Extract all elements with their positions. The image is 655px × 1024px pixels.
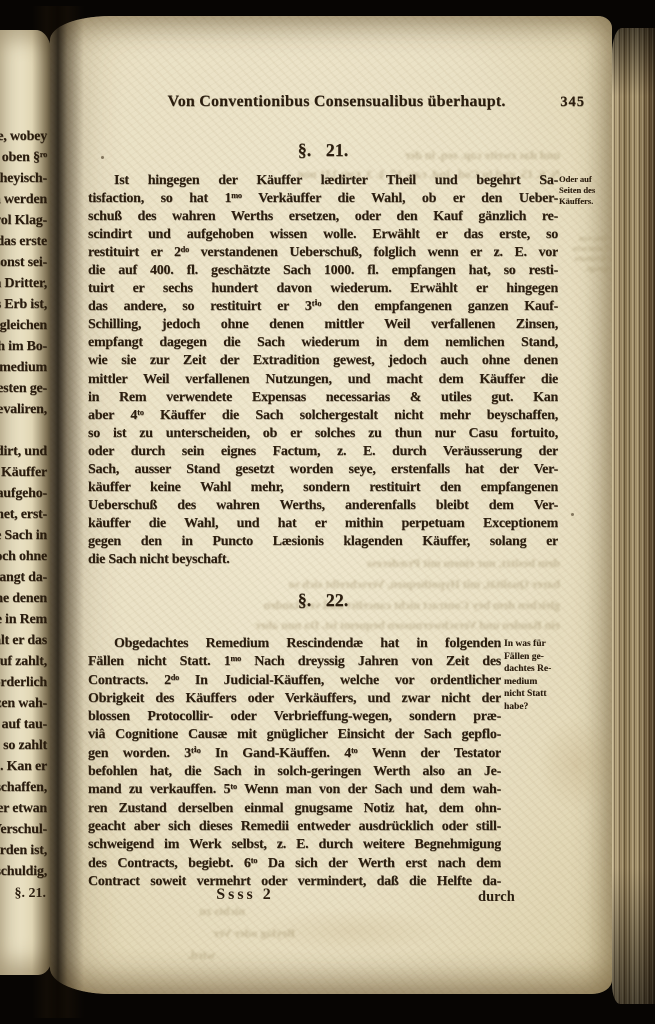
cut-off-text-line: er Käuffer — [0, 462, 47, 483]
signature-mark: Ssss 2 — [190, 886, 300, 904]
cut-off-text-line: ergleichen — [0, 315, 47, 336]
cut-off-text-line: oder etwan — [0, 798, 47, 819]
text-line: geacht aber sich dieses Remedii entweder… — [88, 818, 501, 836]
cut-off-text-line: rævaliren, — [0, 399, 47, 420]
text-line: gen worden. 3ᵗⁱᵒ In Gand-Käuffen. 4ᵗᵒ We… — [88, 745, 501, 763]
cut-off-text-line: . fl. Kan er — [0, 756, 47, 777]
text-line: aber 4ᵗᵒ Käuffer die Sach solchergestalt… — [88, 407, 558, 425]
cut-off-text-line: de, wobey — [0, 126, 47, 147]
cut-off-text-line: ählt er das — [0, 630, 47, 651]
cut-off-text-line: st schuldig, — [0, 861, 47, 882]
cut-off-text-line: Besten ge- — [0, 378, 47, 399]
cut-off-text-line — [0, 420, 47, 441]
cut-off-text-line: pfangt da- — [0, 567, 47, 588]
text-line: die Sach nicht beyschaft. — [88, 551, 558, 569]
text-line: des Contracts, begiebt. 6ᵗᵒ Da sich der … — [88, 855, 501, 873]
cut-off-text-line: erforderlich — [0, 672, 47, 693]
cut-off-text-line: ohne denen — [0, 588, 47, 609]
text-line: Schilling, jedoch ohne denen mittler Wei… — [88, 316, 558, 334]
page-stack-edge — [612, 28, 655, 1004]
running-header: Von Conventionibus Consensualibus überha… — [88, 93, 585, 111]
catchword: durch — [478, 889, 515, 906]
cut-off-text-line: ie Sach in — [0, 525, 47, 546]
cut-off-text-line: s Erb ist, — [0, 294, 47, 315]
cut-off-text-line: at, so zahlt — [0, 735, 47, 756]
text-line: in Rem verwendete Expensas necessarias &… — [88, 389, 558, 407]
cut-off-text-line: sonst sei- — [0, 252, 47, 273]
text-line: schuß des wahren Werths ersetzen, oder d… — [88, 208, 558, 226]
facing-page-catchword: §. 21. — [15, 886, 47, 902]
text-line: die auf 400. fl. geschätzte Sach 1000. f… — [88, 262, 558, 280]
cut-off-text-line: das erste — [0, 231, 47, 252]
section-heading-21: §. 21. — [88, 140, 558, 161]
body-paragraph-21: Ist hingegen der Käuffer lædirter Theil … — [88, 172, 558, 569]
text-line: mittler Weil verfallenen Nutzungen, und … — [88, 371, 558, 389]
text-line: oder durch sein eignes Factum, z. E. dur… — [88, 443, 558, 461]
text-line: gegen den in Puncto Læsionis klagenden K… — [88, 533, 558, 551]
section-heading-22: §. 22. — [88, 590, 558, 611]
cut-off-text-line: vol Klag- — [0, 210, 47, 231]
text-line: Fällen nicht Statt. 1ᵐᵒ Nach dreyssig Ja… — [88, 653, 501, 671]
text-line: Obrigkeit des Käuffers oder Verkäuffers,… — [88, 690, 501, 708]
running-header-title: Von Conventionibus Consensualibus überha… — [167, 93, 505, 110]
text-line: so ist zu unterscheiden, ob er solches z… — [88, 425, 558, 443]
cut-off-text-line: emedium — [0, 357, 47, 378]
text-line: Ist hingegen der Käuffer lædirter Theil … — [88, 172, 558, 190]
margin-note-22: In was für Fällen ge- dachtes Re- medium… — [504, 638, 589, 714]
cut-off-text-line: ehet, erst- — [0, 504, 47, 525]
text-line: das andere, so restituirt er 3ᵗⁱᵒ den em… — [88, 298, 558, 316]
cut-off-text-line: jedoch ohne — [0, 546, 47, 567]
text-line: käuffer die Wahl, und hat er mithin perp… — [88, 515, 558, 533]
text-line: tuirt er sechs hundert davon wiederum. E… — [88, 280, 558, 298]
cut-off-text-line: m Verschul- — [0, 819, 47, 840]
cut-off-text-line: e oben §ʳᵒ — [0, 147, 47, 168]
facing-page-text: de, wobeye oben §ʳᵒrtheyisch-n werdenvol… — [0, 126, 47, 882]
text-line: Obgedachtes Remedium Rescindendæ hat in … — [88, 635, 501, 653]
text-line: schweigend im Werk selbst, z. E. durch w… — [88, 836, 501, 854]
cut-off-text-line: ne auf tau- — [0, 714, 47, 735]
cut-off-text-line: edirt, und — [0, 441, 47, 462]
page-number: 345 — [560, 94, 585, 111]
ink-speck — [358, 771, 360, 773]
ink-speck — [101, 156, 104, 159]
cut-off-text-line: rtheyisch- — [0, 168, 47, 189]
text-line: wie sie zur Zeit der Extradition gewest,… — [88, 352, 558, 370]
cut-off-text-line: beyschaffen, — [0, 777, 47, 798]
body-paragraph-22: Obgedachtes Remedium Rescindendæ hat in … — [88, 635, 501, 891]
text-line: befohlen hat, die Sach in solch-geringen… — [88, 763, 501, 781]
cut-off-text-line: nd aufgeho- — [0, 483, 47, 504]
text-line: Contracts. 2ᵈᵒ In Judicial-Käuffen, welc… — [88, 672, 501, 690]
text-line: scindirt und aufgehoben wissen wolle. Er… — [88, 226, 558, 244]
text-line: empfangt dagegen die Sach wiederum in de… — [88, 334, 558, 352]
cut-off-text-line: n Dritter, — [0, 273, 47, 294]
text-line: ren Zustand derselben einmal gnugsame No… — [88, 800, 501, 818]
book-page-photo: de, wobeye oben §ʳᵒrtheyisch-n werdenvol… — [0, 0, 655, 1024]
cut-off-text-line: n werden — [0, 189, 47, 210]
ink-speck — [571, 513, 574, 516]
text-line: viâ Cognitione Causæ mit gnüglicher Eins… — [88, 726, 501, 744]
cut-off-text-line: worden ist, — [0, 840, 47, 861]
text-line: tisfaction, so hat 1ᵐᵒ Verkäuffer die Wa… — [88, 190, 558, 208]
cut-off-text-line: ach im Bo- — [0, 336, 47, 357]
cut-off-text-line: anzen wah- — [0, 693, 47, 714]
cut-off-text-line: die in Rem — [0, 609, 47, 630]
facing-page-edge: de, wobeye oben §ʳᵒrtheyisch-n werdenvol… — [0, 30, 52, 975]
text-line: mand zu verkauffen. 5ᵗᵒ Wenn man von der… — [88, 781, 501, 799]
text-line: restituirt er 2ᵈᵒ verstandenen Ueberschu… — [88, 244, 558, 262]
margin-note-21: Oder auf Seiten des Käuffers. — [559, 174, 607, 207]
text-line: Ueberschuß des wahren Werths, anderenfal… — [88, 497, 558, 515]
text-line: käuffer keine Wahl mehr, sondern restitu… — [88, 479, 558, 497]
text-line: blossen Protocollir- oder Verbrieffung-w… — [88, 708, 501, 726]
cut-off-text-line: arauf zahlt, — [0, 651, 47, 672]
text-line: Sach, ausser Stand gesetzt worden seye, … — [88, 461, 558, 479]
